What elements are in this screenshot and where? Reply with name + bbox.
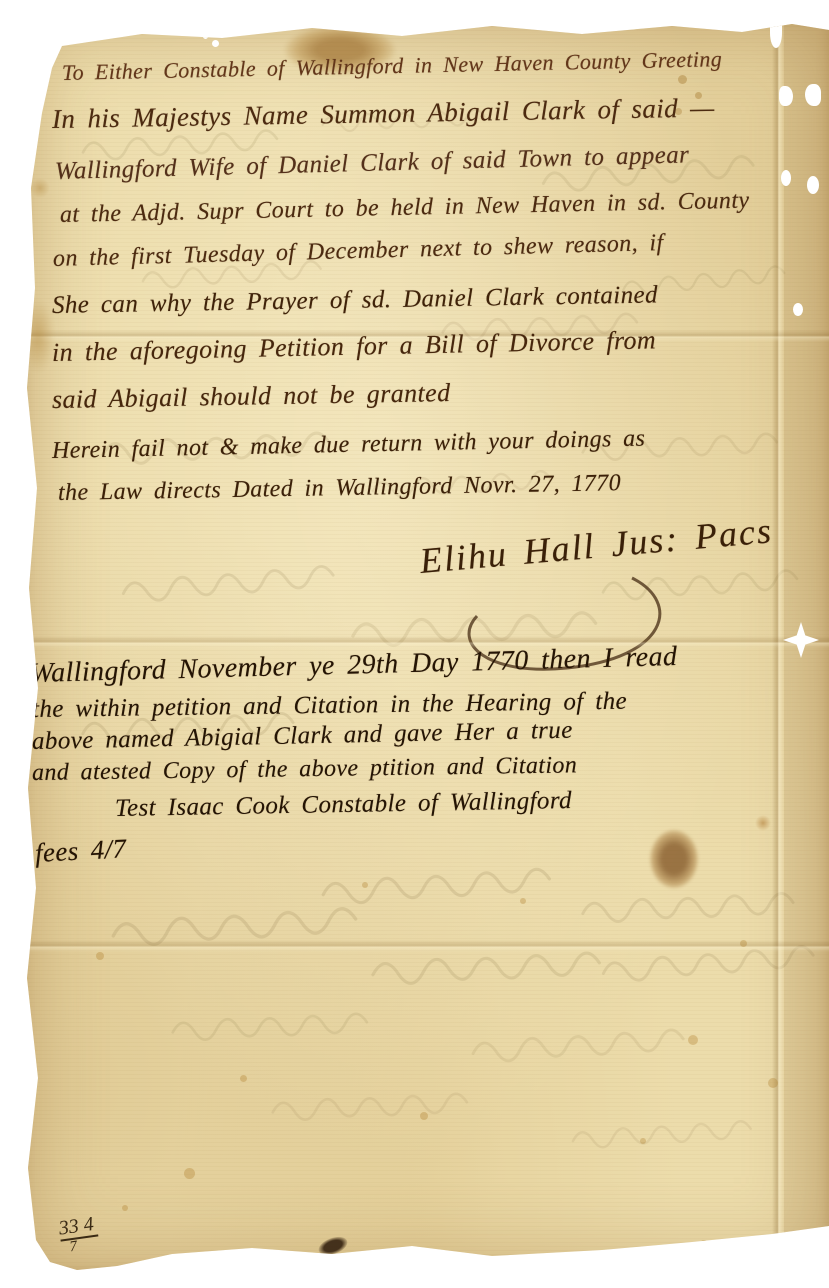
manuscript-line: To Either Constable of Wallingford in Ne… [62, 46, 723, 86]
manuscript-line: She can why the Prayer of sd. Daniel Cla… [52, 281, 658, 320]
speckle [96, 952, 104, 960]
manuscript-line: Wallingford Wife of Daniel Clark of said… [55, 141, 690, 186]
speckle [700, 1240, 708, 1248]
stain [650, 830, 698, 888]
archive-mark: 33 4 7 [58, 1214, 101, 1257]
manuscript-line: on the first Tuesday of December next to… [53, 230, 664, 273]
manuscript-line: at the Adjd. Supr Court to be held in Ne… [60, 188, 750, 229]
manuscript-line: In his Majestys Name Summon Abigail Clar… [52, 92, 715, 135]
speckle [184, 1168, 195, 1179]
speckle [122, 1205, 128, 1211]
fold-tear [793, 303, 803, 316]
pin-hole [212, 40, 219, 47]
horizontal-fold-crease [22, 940, 829, 952]
scanned-document: To Either Constable of Wallingford in Ne… [0, 0, 829, 1288]
edge-notch [770, 18, 782, 48]
manuscript-line: said Abigail should not be granted [52, 378, 451, 415]
fold-tear [805, 84, 821, 106]
speckle [688, 1035, 698, 1045]
fold-tear [807, 176, 819, 194]
manuscript-line: Herein fail not & make due return with y… [52, 426, 646, 465]
speckle [640, 1138, 646, 1144]
manuscript-page: To Either Constable of Wallingford in Ne… [22, 18, 829, 1272]
fees-note: fees 4/7 [34, 833, 127, 869]
manuscript-line: the Law directs Dated in Wallingford Nov… [58, 470, 621, 507]
speckle [420, 1112, 428, 1120]
speckle [678, 75, 687, 84]
fold-tear [781, 170, 791, 186]
speckle [240, 1075, 247, 1082]
stain [755, 815, 771, 831]
return-attestation: Test Isaac Cook Constable of Wallingford [115, 787, 572, 823]
return-line: and atested Copy of the above ptition an… [32, 752, 578, 787]
fold-tear [779, 86, 793, 106]
horizontal-fold-crease [22, 636, 829, 648]
speckle [362, 882, 368, 888]
stain [30, 178, 50, 198]
return-line: Wallingford November ye 29th Day 1770 th… [30, 641, 678, 690]
signature-elihu-hall: Elihu Hall Jus: Pacs [418, 509, 774, 582]
pin-hole [203, 34, 208, 39]
speckle [520, 898, 526, 904]
ink-blot [316, 1233, 350, 1258]
